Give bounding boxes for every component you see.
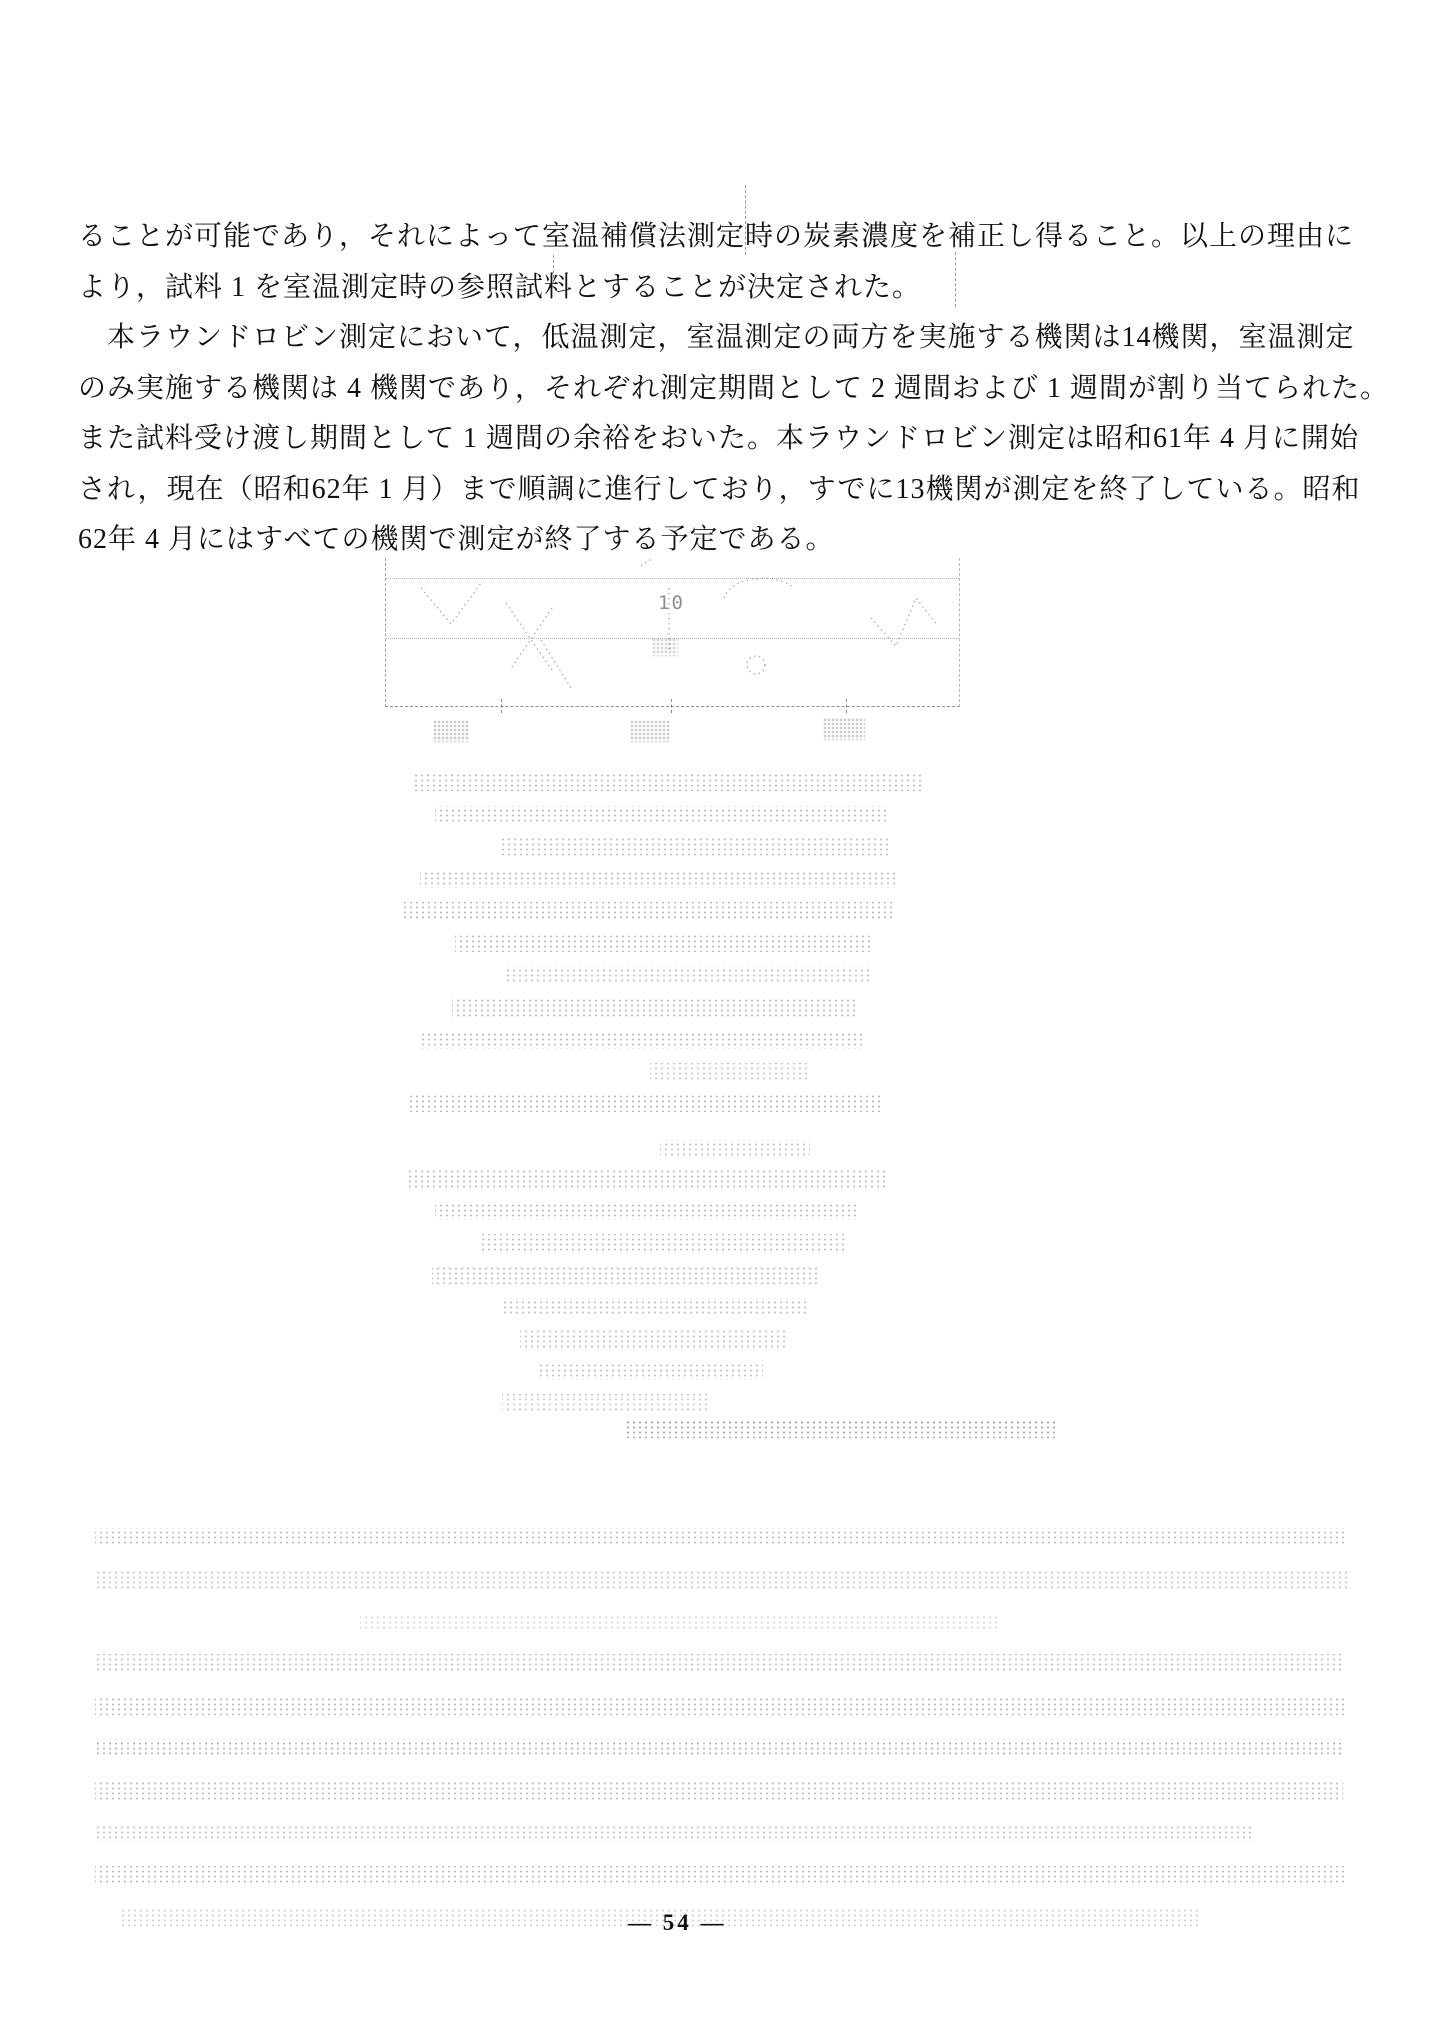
bleedthrough-text-line — [95, 1824, 1255, 1842]
bleedthrough-text-line — [502, 1298, 807, 1316]
bleedthrough-text-line — [360, 1614, 1000, 1632]
paragraph-line: のみ実施する機関は 4 機関であり，それぞれ測定期間として 2 週間および 1 … — [78, 364, 1362, 415]
bleedthrough-text-line — [502, 1394, 707, 1412]
figure-faint-curves — [386, 558, 959, 706]
bleedthrough-text-line — [650, 1063, 810, 1081]
bleedthrough-text-line — [452, 999, 857, 1017]
paragraph-line: 本ラウンドロビン測定において，低温測定，室温測定の両方を実施する機関は14機関，… — [78, 313, 1362, 364]
body-paragraph-1: ることが可能であり，それによって室温補償法測定時の炭素濃度を補正し得ること。以上… — [78, 212, 1362, 313]
bleedthrough-figure: 10 — [385, 558, 960, 707]
bleedthrough-text-line — [407, 1170, 885, 1188]
bleedthrough-text-line — [95, 1654, 1345, 1672]
bleedthrough-text-line — [520, 1330, 785, 1348]
paragraph-line: され，現在（昭和62年 1 月）まで順調に進行しており，すでに13機関が測定を終… — [78, 465, 1362, 516]
bleedthrough-text-line — [432, 1266, 817, 1284]
figure-axis-label-smudge — [630, 720, 670, 742]
figure-axis-label-smudge — [823, 718, 865, 740]
paragraph-line: より，試料 1 を室温測定時の参照試料とすることが決定された。 — [78, 263, 1362, 314]
bleedthrough-text-line — [420, 1031, 865, 1049]
paragraph-line: また試料受け渡し期間として 1 週間の余裕をおいた。本ラウンドロビン測定は昭和6… — [78, 414, 1362, 465]
bleedthrough-text-line — [95, 1866, 1345, 1884]
scan-artifact — [553, 255, 554, 283]
bleedthrough-text-line — [538, 1362, 763, 1380]
figure-axis-label-smudge — [433, 720, 469, 742]
body-paragraph-2: 本ラウンドロビン測定において，低温測定，室温測定の両方を実施する機関は14機関，… — [78, 313, 1362, 566]
bleedthrough-text-line — [408, 1094, 883, 1112]
paragraph-line: ることが可能であり，それによって室温補償法測定時の炭素濃度を補正し得ること。以上… — [78, 212, 1362, 263]
bleedthrough-text-line — [95, 1697, 1347, 1715]
bleedthrough-text-line — [435, 1202, 860, 1220]
bleedthrough-text-line — [505, 966, 870, 984]
page-number: — 54 — — [628, 1910, 727, 1936]
bleedthrough-text-line — [455, 934, 870, 952]
bleedthrough-text-line — [95, 1739, 1345, 1757]
figure-faint-label: 10 — [658, 592, 685, 614]
figure-illegible-mark — [652, 638, 678, 656]
scan-artifact — [955, 252, 956, 307]
bleedthrough-text-line — [402, 902, 892, 920]
bleedthrough-text-line — [435, 806, 890, 824]
bleedthrough-text-line — [660, 1140, 810, 1158]
bleedthrough-text-line — [95, 1782, 1343, 1800]
scan-artifact — [745, 185, 746, 255]
bleedthrough-text-line — [95, 1571, 1350, 1589]
bleedthrough-text-line — [625, 1420, 1055, 1438]
bleedthrough-text-line — [95, 1528, 1345, 1546]
bleedthrough-text-line — [420, 870, 895, 888]
bleedthrough-text-line — [413, 773, 923, 791]
bleedthrough-text-line — [500, 838, 890, 856]
bleedthrough-text-line — [480, 1234, 845, 1252]
